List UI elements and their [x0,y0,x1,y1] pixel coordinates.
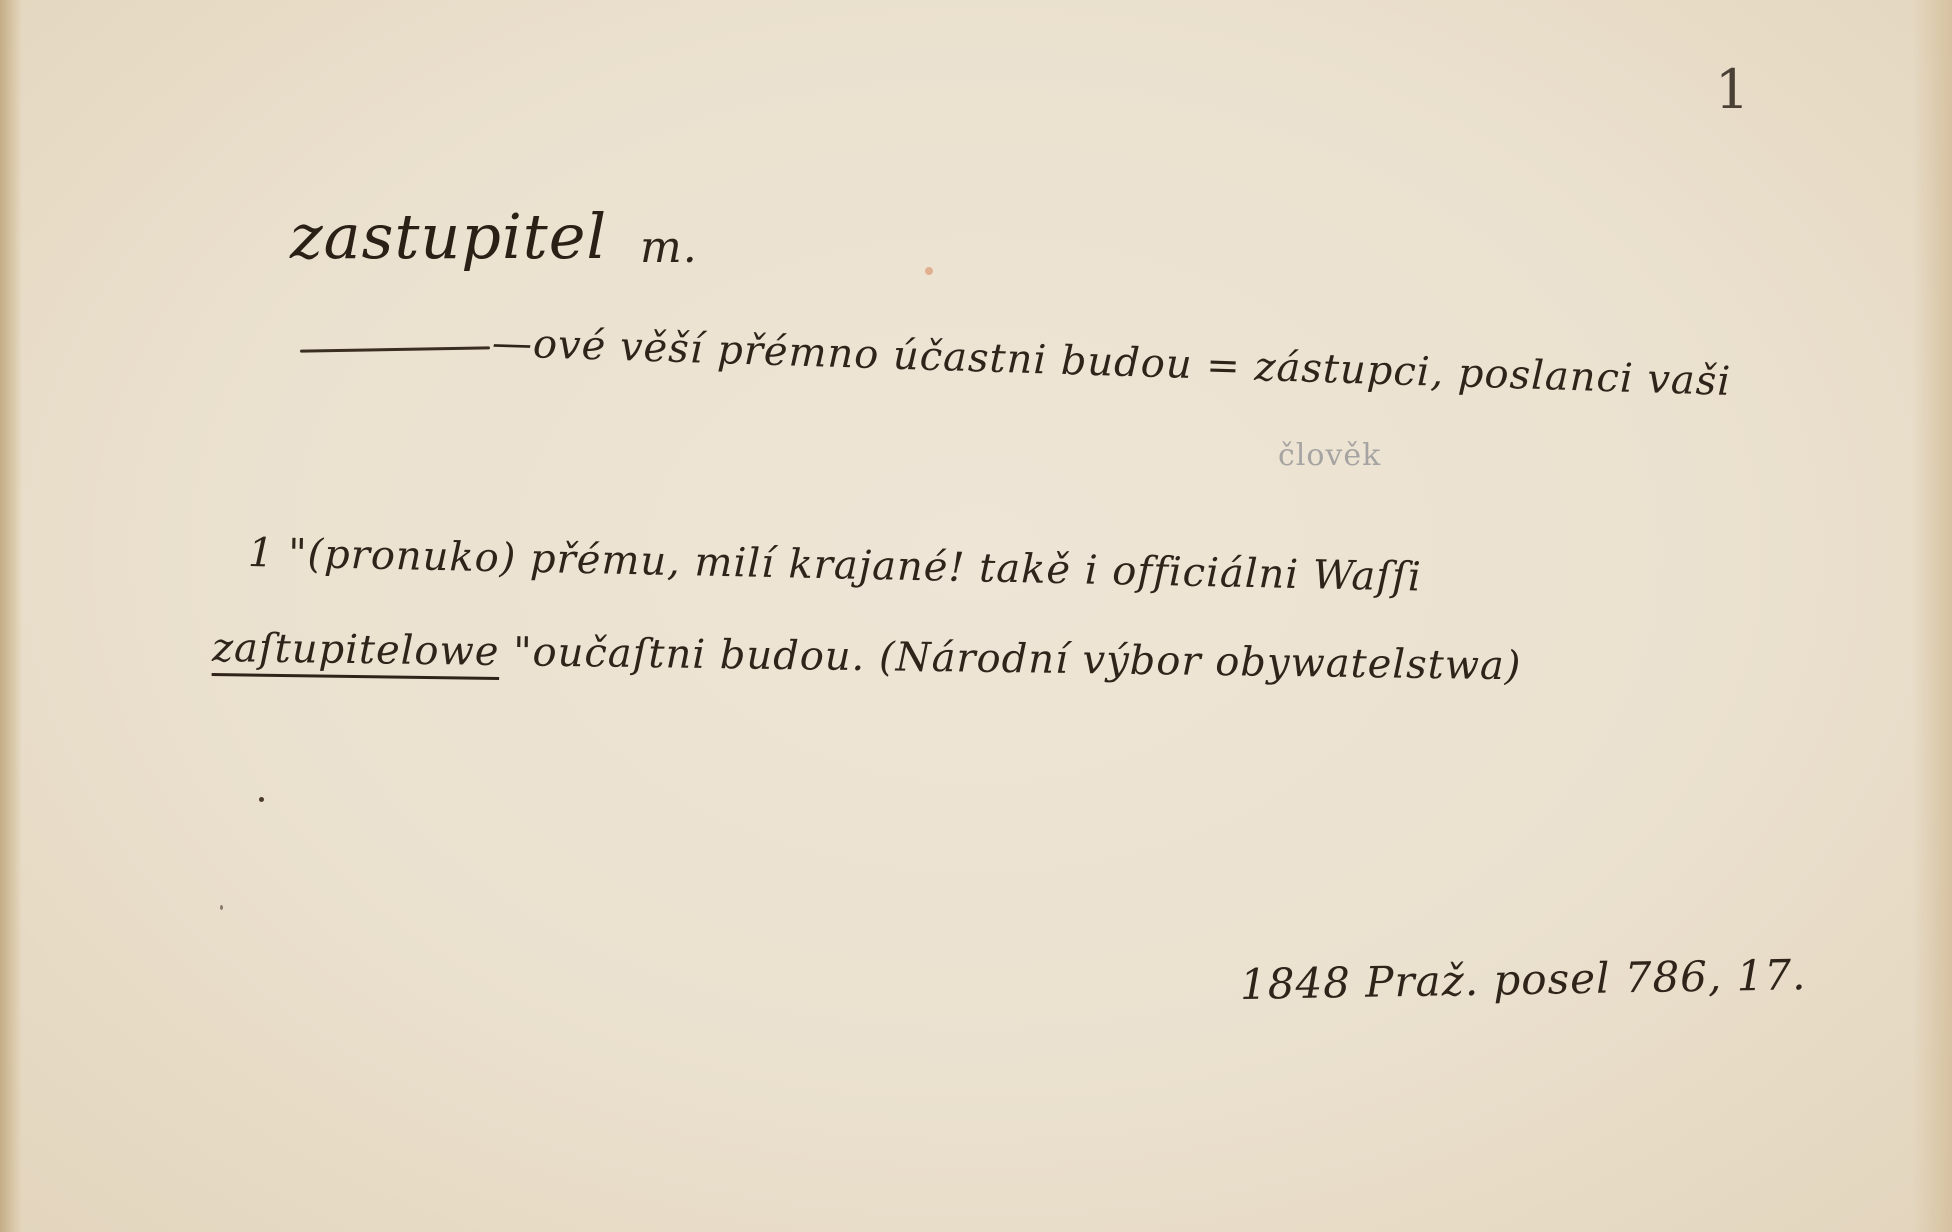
index-card: 1 zastupitel m. —ové věší přémno účastni… [0,0,1952,1232]
tilde-dash [300,346,490,352]
definition-line: —ové věší přémno účastni budou = zástupc… [491,320,1732,405]
paper-speck [925,267,933,275]
quotation-line-2: zaſtupitelowe "oučaſtni budou. (Národní … [212,625,1522,689]
headword: zastupitel [290,200,607,273]
source-reference: 1848 Praž. posel 786, 17. [1240,950,1807,1009]
quotation-line-1: 1 "(pronuko) přému, milí krajané! takě i… [248,530,1423,601]
paper-speck [259,797,264,802]
pencil-annotation: člověk [1278,438,1381,473]
paper-speck [220,905,223,910]
quotation-line-2-rest: "oučaſtni budou. (Národní výbor obywatel… [513,629,1522,689]
underlined-headword-form: zaſtupitelowe [212,625,500,675]
card-number: 1 [1715,58,1750,121]
grammatical-label: m. [640,222,698,273]
